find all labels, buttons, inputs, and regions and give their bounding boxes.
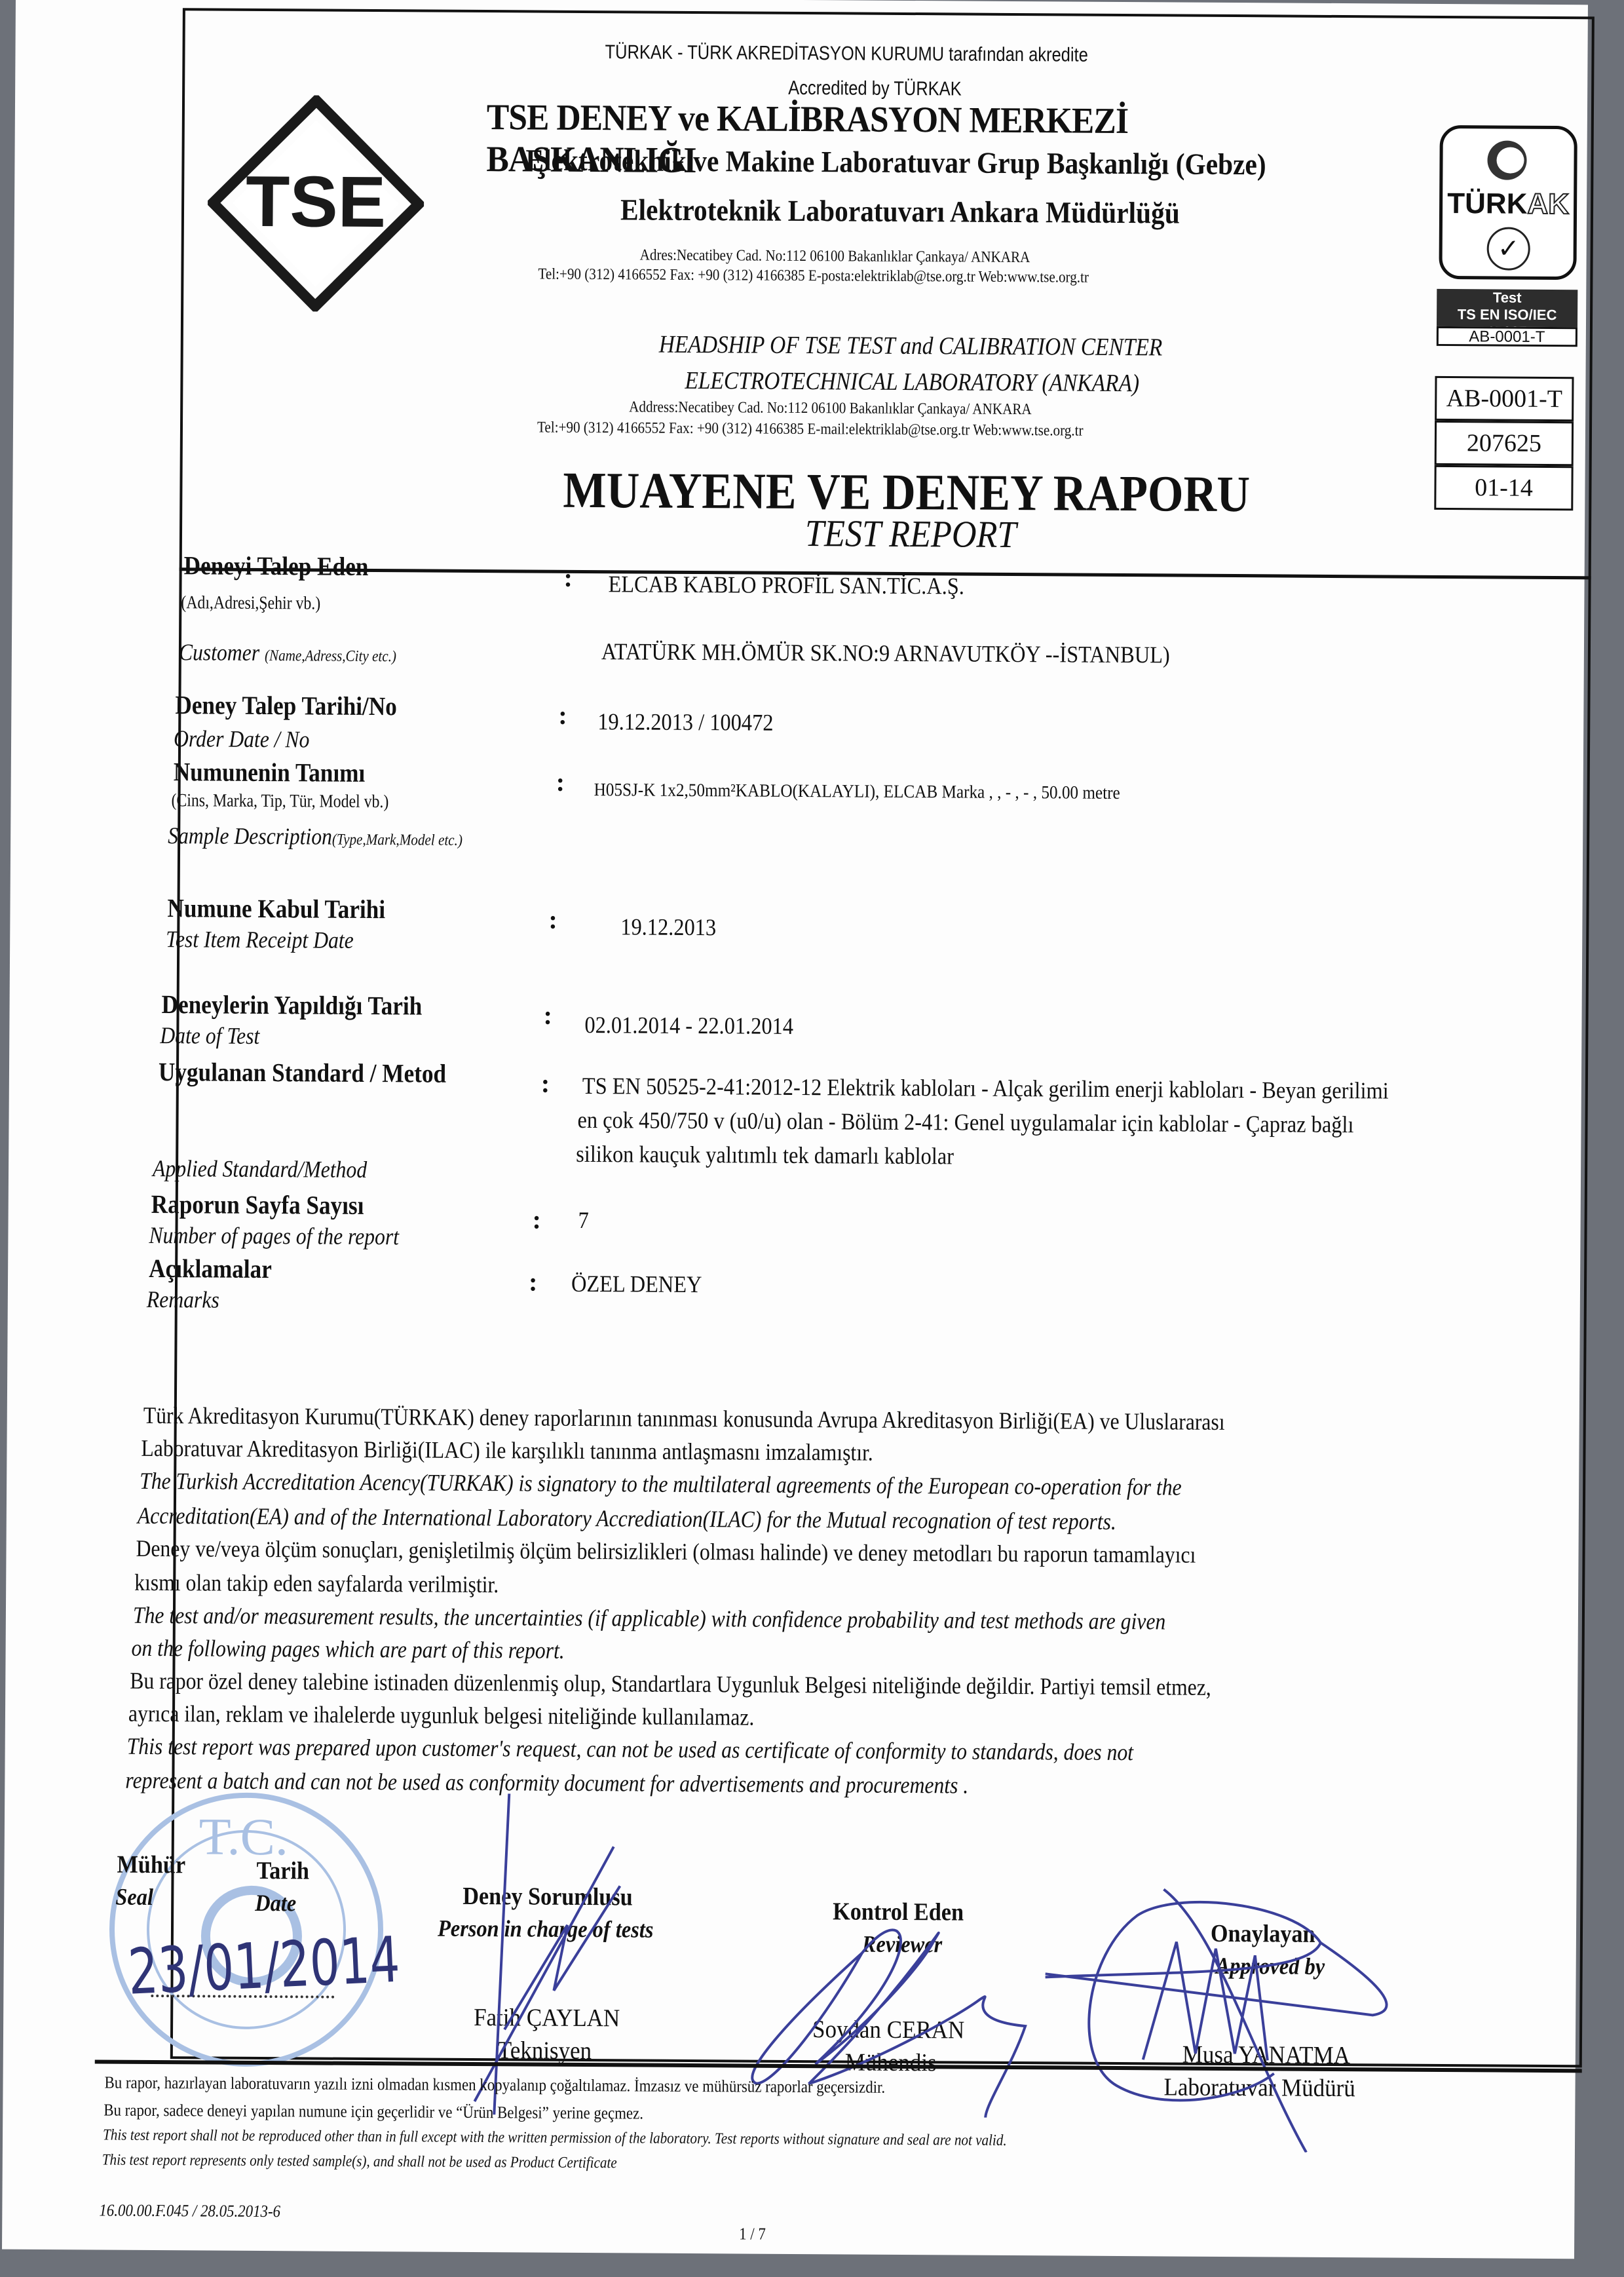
date-label-en: Date (255, 1889, 296, 1917)
footer-line: Bu rapor, hazırlayan laboratuvarın yazıl… (104, 2073, 885, 2097)
receipt-value: 19.12.2013 (620, 913, 716, 941)
report-subtitle: TEST REPORT (805, 511, 1017, 556)
remarks-label-en: Remarks (147, 1286, 219, 1314)
ref-box-accreditation: AB-0001-T (1435, 376, 1574, 421)
pages-label-tr: Raporun Sayfa Sayısı (151, 1189, 364, 1221)
turkak-badge: TÜRKAK ✓ (1439, 125, 1577, 280)
statement-line: Laboratuvar Akreditasyon Birliği(ILAC) i… (141, 1434, 873, 1466)
footer-line: Bu rapor, sadece deneyi yapılan numune i… (104, 2101, 643, 2124)
tester-role-en: Person in charge of tests (438, 1915, 654, 1943)
remarks-label-tr: Açıklamalar (149, 1253, 272, 1284)
colon: : (541, 1068, 550, 1099)
document-page: TSE TÜRKAK - TÜRK AKREDİTASYON KURUMU ta… (2, 0, 1588, 2259)
statement-line: represent a batch and can not be used as… (125, 1767, 968, 1799)
order-value: 19.12.2013 / 100472 (597, 708, 773, 737)
customer-label-tr: Deneyi Talep Eden (184, 550, 369, 582)
seal-label-tr: Mühür (117, 1850, 185, 1880)
org-title-en-1: HEADSHIP OF TSE TEST and CALIBRATION CEN… (659, 330, 1163, 362)
seal-label-en: Seal (115, 1883, 153, 1911)
standard-value-line-1: TS EN 50525-2-41:2012-12 Elektrik kablol… (582, 1072, 1389, 1105)
remarks-value: ÖZEL DENEY (571, 1270, 702, 1298)
sample-label-en: Sample Description(Type,Mark,Model etc.) (168, 822, 463, 851)
customer-label-en: Customer (Name,Adress,City etc.) (179, 638, 396, 667)
test-date-label-tr: Deneylerin Yapıldığı Tarih (161, 989, 422, 1021)
colon: : (532, 1204, 541, 1235)
receipt-label-tr: Numune Kabul Tarihi (167, 892, 385, 925)
handwritten-date: 23/01/2014 (126, 1923, 402, 2009)
pages-label-en: Number of pages of the report (149, 1221, 399, 1250)
pages-value: 7 (578, 1206, 588, 1234)
customer-name-value: ELCAB KABLO PROFİL SAN.TİC.A.Ş. (608, 570, 964, 600)
badge-accreditation-no: AB-0001-T (1437, 326, 1577, 347)
footer-line: This test report represents only tested … (102, 2152, 617, 2173)
colon: : (558, 700, 567, 731)
colon: : (529, 1266, 538, 1297)
reviewer-role-tr: Kontrol Eden (833, 1897, 964, 1926)
approver-name: Musa YANATMA (1182, 2040, 1350, 2071)
org-title-en-2: ELECTROTECHNICAL LABORATORY (ANKARA) (685, 366, 1139, 398)
standard-value-line-2: en çok 450/750 v (u0/u) olan - Bölüm 2-4… (577, 1106, 1353, 1138)
customer-address-value: ATATÜRK MH.ÖMÜR SK.NO:9 ARNAVUTKÖY --İST… (601, 638, 1170, 668)
form-code: 16.00.00.F.045 / 28.05.2013-6 (99, 2201, 280, 2222)
accreditation-en: Accredited by TÜRKAK (788, 77, 962, 101)
customer-hint-tr: (Adı,Adresi,Şehir vb.) (181, 592, 320, 614)
ref-box-report-no: 207625 (1435, 421, 1574, 466)
sample-hint-tr: (Cins, Marka, Tip, Tür, Model vb.) (171, 790, 388, 813)
checkmark-icon: ✓ (1487, 227, 1530, 270)
accreditation-statements: Türk Akreditasyon Kurumu(TÜRKAK) deney r… (16, 0, 1588, 5)
contact-en: Tel:+90 (312) 4166552 Fax: +90 (312) 416… (537, 419, 1084, 440)
sample-label-tr: Numunenin Tanımı (174, 756, 366, 788)
approver-role-en: Approved by (1216, 1952, 1325, 1980)
reviewer-name: Soydan CERAN (812, 2015, 964, 2044)
crescent-star-icon (1487, 140, 1526, 180)
accreditation-tr: TÜRKAK - TÜRK AKREDİTASYON KURUMU tarafı… (605, 41, 1273, 67)
org-subtitle-1: Elektroteknik ve Makine Laboratuvar Grup… (525, 142, 1292, 182)
ref-box-date-code: 01-14 (1434, 465, 1573, 510)
test-date-label-en: Date of Test (160, 1022, 259, 1050)
statement-line: on the following pages which are part of… (131, 1634, 564, 1664)
approver-role-tr: Onaylayan (1211, 1919, 1315, 1949)
contact-tr: Tel:+90 (312) 4166552 Fax: +90 (312) 416… (538, 266, 1089, 287)
reviewer-title: Mühendis (845, 2048, 937, 2077)
colon: : (563, 562, 573, 593)
page-number: 1 / 7 (739, 2224, 766, 2244)
date-label-tr: Tarih (256, 1856, 309, 1885)
colon: : (556, 767, 565, 797)
test-date-value: 02.01.2014 - 22.01.2014 (584, 1011, 793, 1040)
colon: : (548, 904, 557, 935)
sample-value: H05SJ-K 1x2,50mm²KABLO(KALAYLI), ELCAB M… (594, 780, 1120, 804)
svg-text:TSE: TSE (246, 161, 387, 242)
address-en: Address:Necatibey Cad. No:112 06100 Baka… (629, 398, 1032, 419)
org-subtitle-2: Elektroteknik Laboratuvarı Ankara Müdürl… (620, 192, 1269, 231)
tester-role-tr: Deney Sorumlusu (463, 1882, 633, 1912)
tse-logo-icon: TSE (207, 94, 425, 312)
order-label-tr: Deney Talep Tarihi/No (175, 689, 397, 721)
order-label-en: Order Date / No (174, 725, 310, 753)
statement-line: kısmı olan takip eden sayfalarda verilmi… (134, 1569, 499, 1598)
receipt-label-en: Test Item Receipt Date (166, 925, 354, 954)
tester-title: Teknisyen (498, 2036, 592, 2065)
tester-name: Fatih ÇAYLAN (474, 2003, 620, 2033)
standard-label-en: Applied Standard/Method (153, 1155, 367, 1183)
approver-title: Laboratuvar Müdürü (1163, 2073, 1355, 2103)
footer-disclaimers: Bu rapor, hazırlayan laboratuvarın yazıl… (16, 0, 1588, 5)
turkak-wordmark: TÜRKAK (1443, 187, 1574, 221)
colon: : (543, 1000, 552, 1031)
standard-value-line-3: silikon kauçuk yalıtımlı tek damarlı kab… (576, 1140, 954, 1170)
reviewer-role-en: Reviewer (862, 1930, 943, 1959)
address-tr: Adres:Necatibey Cad. No:112 06100 Bakanl… (640, 246, 1030, 267)
footer-line: This test report shall not be reproduced… (103, 2127, 1007, 2150)
standard-label-tr: Uygulanan Standard / Metod (159, 1056, 446, 1089)
statement-line: ayrıca ilan, reklam ve ihalelerde uygunl… (128, 1700, 755, 1731)
